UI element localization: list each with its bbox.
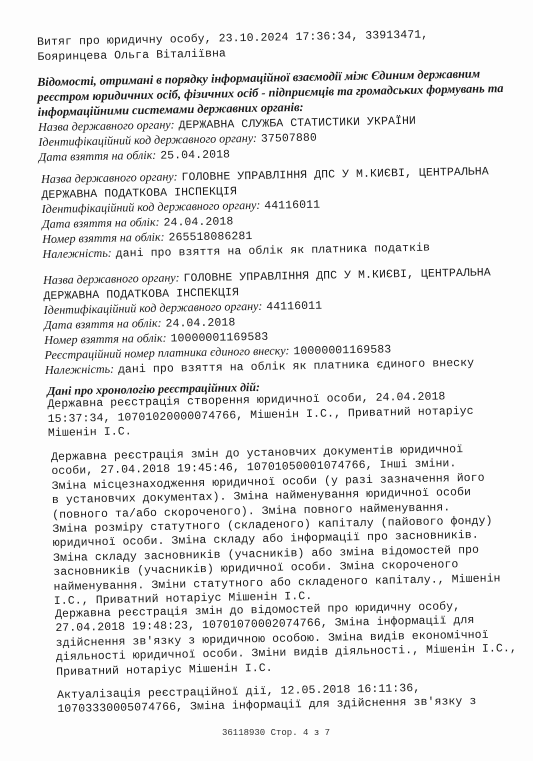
chronology-entry-3: Державна реєстрація змін до відомостей п… <box>55 599 517 680</box>
authority-block-1: Назва державного органу: ДЕРЖАВНА СЛУЖБА… <box>38 112 417 164</box>
authority-date-value: 25.04.2018 <box>160 149 230 162</box>
authority-block-3: Назва державного органу: ГОЛОВНЕ УПРАВЛІ… <box>43 263 493 377</box>
authority-date-label: Дата взяття на облік: <box>39 148 157 164</box>
authority-belonging-label: Належність: <box>42 246 111 261</box>
authority-belonging-value: дані про взяття на облік як платника под… <box>116 243 431 261</box>
authority-belonging-label: Належність: <box>45 362 114 377</box>
authority-code-value: 44116011 <box>264 200 320 213</box>
chronology-entry-2: Державна реєстрація змін до установчих д… <box>51 442 501 609</box>
intro-section: Відомості, отримані в порядку інформацій… <box>37 66 504 120</box>
page-footer: 36118930 Стор. 4 з 7 <box>222 728 330 738</box>
authority-code-value: 44116011 <box>266 301 322 314</box>
chronology-entry-4: Актуалізація реєстраційної дії, 12.05.20… <box>57 681 477 718</box>
document-page: Витяг про юридичну особу, 23.10.2024 17:… <box>0 0 533 761</box>
authority-block-2: Назва державного органу: ГОЛОВНЕ УПРАВЛІ… <box>41 162 490 261</box>
document-header: Витяг про юридичну особу, 23.10.2024 17:… <box>37 28 429 66</box>
authority-belonging-value: дані про взяття на облік як платника єди… <box>118 358 474 377</box>
chronology-section: Дані про хронологію реєстраційних дій: Д… <box>47 376 474 442</box>
authority-code-value: 37507880 <box>261 133 317 146</box>
chronology-entry-1: Державна реєстрація створення юридичної … <box>47 390 474 441</box>
